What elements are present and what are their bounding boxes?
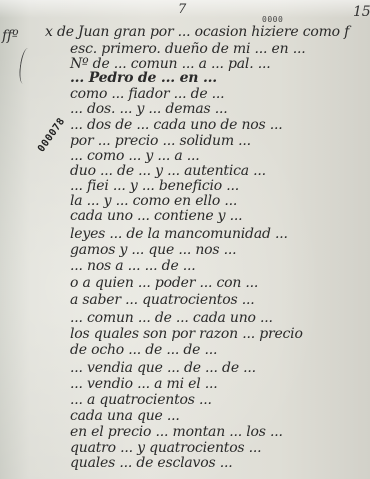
text-line: ... a quatrocientos ... [70,392,212,408]
margin-note: ffº [2,28,18,44]
text-line: la ... y ... como en ello ... [70,193,237,209]
manuscript-page: 7 15 0000 ffº 000078 x de Juan gran por … [0,0,370,479]
text-line: los quales son por razon ... precio [70,326,303,342]
top-stamp: 0000 [262,15,283,24]
text-line: en el precio ... montan ... los ... [70,424,283,440]
text-line: ... como ... y ... a ... [70,148,200,164]
text-line: ... vendia que ... de ... de ... [70,360,256,376]
text-line: ... fiei ... y ... beneficio ... [70,178,239,194]
text-line: de ocho ... de ... de ... [70,342,217,358]
text-line: o a quien ... poder ... con ... [70,275,258,291]
text-line: a saber ... quatrocientos ... [70,292,254,308]
text-line: leyes ... de la mancomunidad ... [70,226,288,242]
text-line: ... dos de ... cada uno de nos ... [70,117,283,133]
text-line: ... Pedro de ... en ... [70,70,217,86]
margin-flourish [18,47,34,84]
text-line: ... vendio ... a mi el ... [70,376,218,392]
archive-stamp-number: 000078 [36,116,67,154]
text-line: quatro ... y quatrocientos ... [70,440,261,456]
text-line: ... nos a ... ... de ... [70,258,196,274]
text-line: cada uno ... contiene y ... [70,208,242,224]
text-line: esc. primero. dueño de mi ... en ... [70,41,305,57]
text-line: quales ... de esclavos ... [70,455,232,471]
text-line: gamos y ... que ... nos ... [70,242,236,258]
text-line: x de Juan gran por ... ocasion hiziere c… [45,24,349,40]
text-line: ... comun ... de ... cada uno ... [70,310,273,326]
text-line: duo ... de ... y ... autentica ... [70,163,266,179]
text-line: cada una que ... [70,408,180,424]
text-line: por ... precio ... solidum ... [70,133,251,149]
folio-mark-center: 7 [178,2,186,17]
text-line: como ... fiador ... de ... [70,86,224,102]
text-line: ... dos. ... y ... demas ... [70,101,228,117]
folio-mark-right: 15 [353,4,370,20]
text-line: ... [70,470,83,479]
